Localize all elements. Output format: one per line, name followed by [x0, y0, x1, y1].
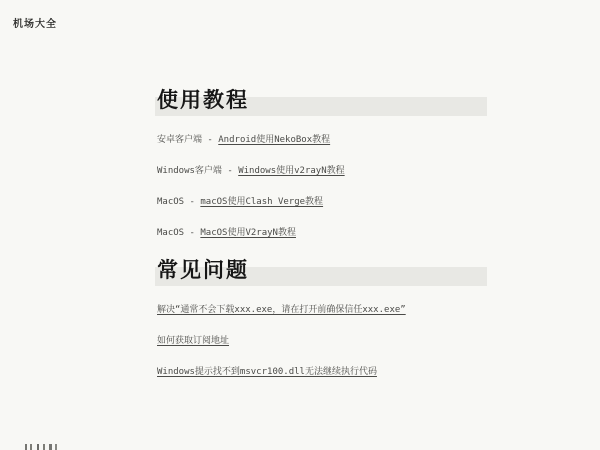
link-faq-msvcr100-dll-missing[interactable]: Windows提示找不到msvcr100.dll无法继续执行代码 — [157, 367, 377, 377]
list-item: 如何获取订阅地址 — [157, 335, 487, 347]
link-windows-v2rayn-tutorial[interactable]: Windows使用v2rayN教程 — [238, 166, 344, 176]
faq-link-list: 解决“通常不会下载xxx.exe，请在打开前确保信任xxx.exe” 如何获取订… — [155, 304, 487, 378]
item-prefix-label: 安卓客户端 - — [157, 135, 218, 145]
section-tutorials: 使用教程 安卓客户端 - Android使用NekoBox教程 Windows客… — [155, 88, 487, 239]
list-item: MacOS - macOS使用Clash Verge教程 — [157, 196, 487, 208]
section-heading-tutorials: 使用教程 — [155, 88, 487, 117]
site-title[interactable]: 机场大全 — [13, 15, 57, 30]
item-prefix-label: MacOS - — [157, 197, 200, 207]
link-macos-v2rayn-tutorial[interactable]: MacOS使用V2rayN教程 — [200, 228, 296, 238]
list-item: 安卓客户端 - Android使用NekoBox教程 — [157, 134, 487, 146]
tutorial-link-list: 安卓客户端 - Android使用NekoBox教程 Windows客户端 - … — [155, 134, 487, 239]
link-android-nekobox-tutorial[interactable]: Android使用NekoBox教程 — [218, 135, 330, 145]
list-item: Windows提示找不到msvcr100.dll无法继续执行代码 — [157, 366, 487, 378]
clipped-text-fragment — [25, 444, 59, 450]
link-macos-clash-verge-tutorial[interactable]: macOS使用Clash Verge教程 — [200, 197, 323, 207]
list-item: 解决“通常不会下载xxx.exe，请在打开前确保信任xxx.exe” — [157, 304, 487, 316]
main-content: 使用教程 安卓客户端 - Android使用NekoBox教程 Windows客… — [155, 88, 487, 397]
link-faq-get-subscription-url[interactable]: 如何获取订阅地址 — [157, 336, 229, 346]
section-heading-faq: 常见问题 — [155, 258, 487, 287]
list-item: MacOS - MacOS使用V2rayN教程 — [157, 227, 487, 239]
item-prefix-label: MacOS - — [157, 228, 200, 238]
link-faq-exe-download-trust[interactable]: 解决“通常不会下载xxx.exe，请在打开前确保信任xxx.exe” — [157, 305, 406, 315]
list-item: Windows客户端 - Windows使用v2rayN教程 — [157, 165, 487, 177]
section-faq: 常见问题 解决“通常不会下载xxx.exe，请在打开前确保信任xxx.exe” … — [155, 258, 487, 378]
item-prefix-label: Windows客户端 - — [157, 166, 238, 176]
